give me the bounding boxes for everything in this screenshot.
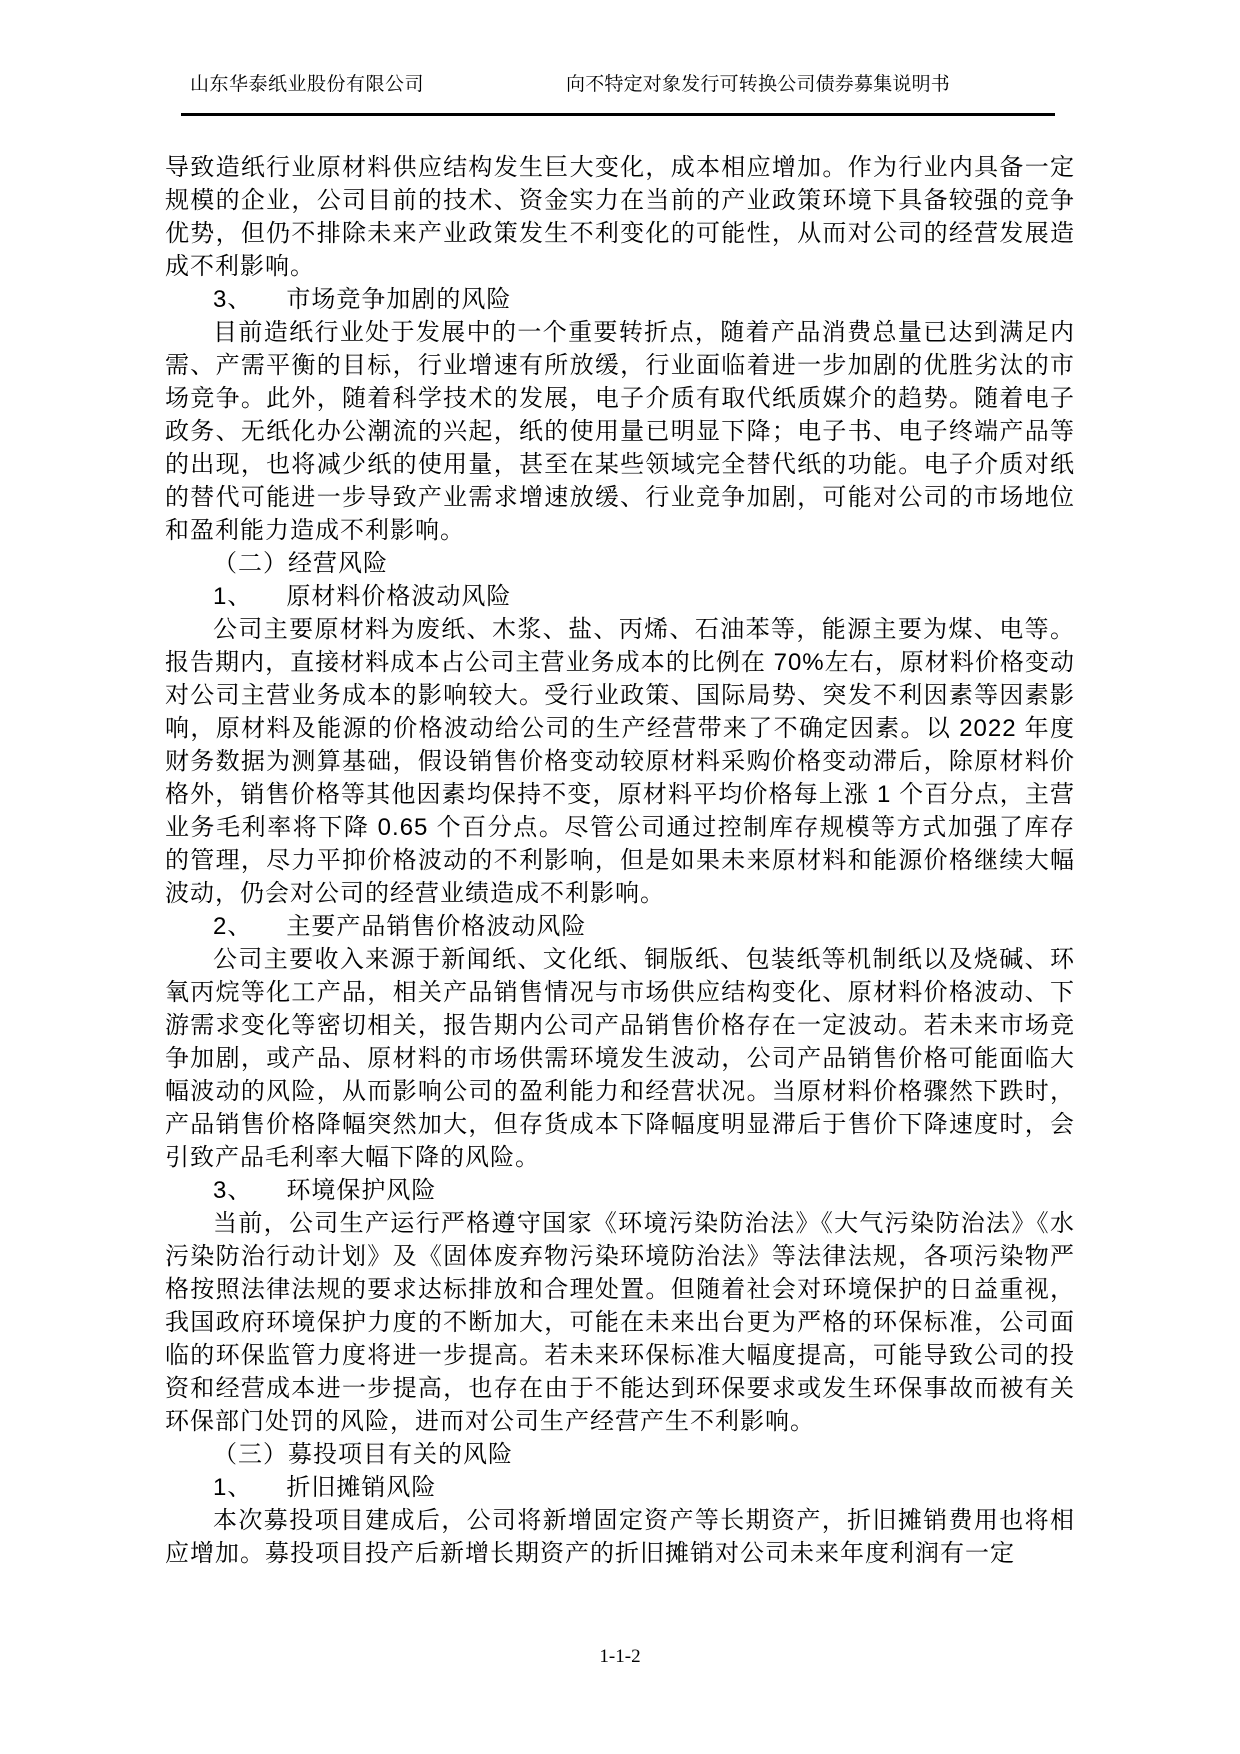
heading-title: 环境保护风险 <box>286 1177 436 1204</box>
paragraph: 目前造纸行业处于发展中的一个重要转折点，随着产品消费总量已达到满足内需、产需平衡… <box>165 316 1075 547</box>
heading-title: 主要产品销售价格波动风险 <box>286 913 586 940</box>
paragraph: 公司主要原材料为废纸、木浆、盐、丙烯、石油苯等，能源主要为煤、电等。报告期内，直… <box>165 613 1075 910</box>
document-body: 导致造纸行业原材料供应结构发生巨大变化，成本相应增加。作为行业内具备一定规模的企… <box>165 151 1075 1570</box>
sub-heading: （二）经营风险 <box>165 547 1075 580</box>
heading-number: 3、 <box>213 1177 252 1204</box>
header-document-title: 向不特定对象发行可转换公司债券募集说明书 <box>566 73 950 97</box>
header-rule <box>181 113 1055 116</box>
sub-heading: （三）募投项目有关的风险 <box>165 1438 1075 1471</box>
heading-number: 1、 <box>213 583 252 610</box>
heading-title: 市场竞争加剧的风险 <box>286 286 511 313</box>
numbered-heading: 1、原材料价格波动风险 <box>165 580 1075 613</box>
paragraph: 导致造纸行业原材料供应结构发生巨大变化，成本相应增加。作为行业内具备一定规模的企… <box>165 151 1075 283</box>
heading-number: 2、 <box>213 913 252 940</box>
page-number: 1-1-2 <box>0 1645 1240 1669</box>
paragraph: 公司主要收入来源于新闻纸、文化纸、铜版纸、包装纸等机制纸以及烧碱、环氧丙烷等化工… <box>165 943 1075 1174</box>
header-company-name: 山东华泰纸业股份有限公司 <box>190 73 424 97</box>
numbered-heading: 3、环境保护风险 <box>165 1174 1075 1207</box>
heading-title: 折旧摊销风险 <box>286 1474 436 1501</box>
heading-number: 1、 <box>213 1474 252 1501</box>
document-page: 山东华泰纸业股份有限公司 向不特定对象发行可转换公司债券募集说明书 导致造纸行业… <box>0 0 1240 1754</box>
heading-number: 3、 <box>213 286 252 313</box>
numbered-heading: 1、折旧摊销风险 <box>165 1471 1075 1504</box>
paragraph: 当前，公司生产运行严格遵守国家《环境污染防治法》《大气污染防治法》《水污染防治行… <box>165 1207 1075 1438</box>
heading-title: 原材料价格波动风险 <box>286 583 511 610</box>
paragraph: 本次募投项目建成后，公司将新增固定资产等长期资产，折旧摊销费用也将相应增加。募投… <box>165 1504 1075 1570</box>
numbered-heading: 3、市场竞争加剧的风险 <box>165 283 1075 316</box>
numbered-heading: 2、主要产品销售价格波动风险 <box>165 910 1075 943</box>
